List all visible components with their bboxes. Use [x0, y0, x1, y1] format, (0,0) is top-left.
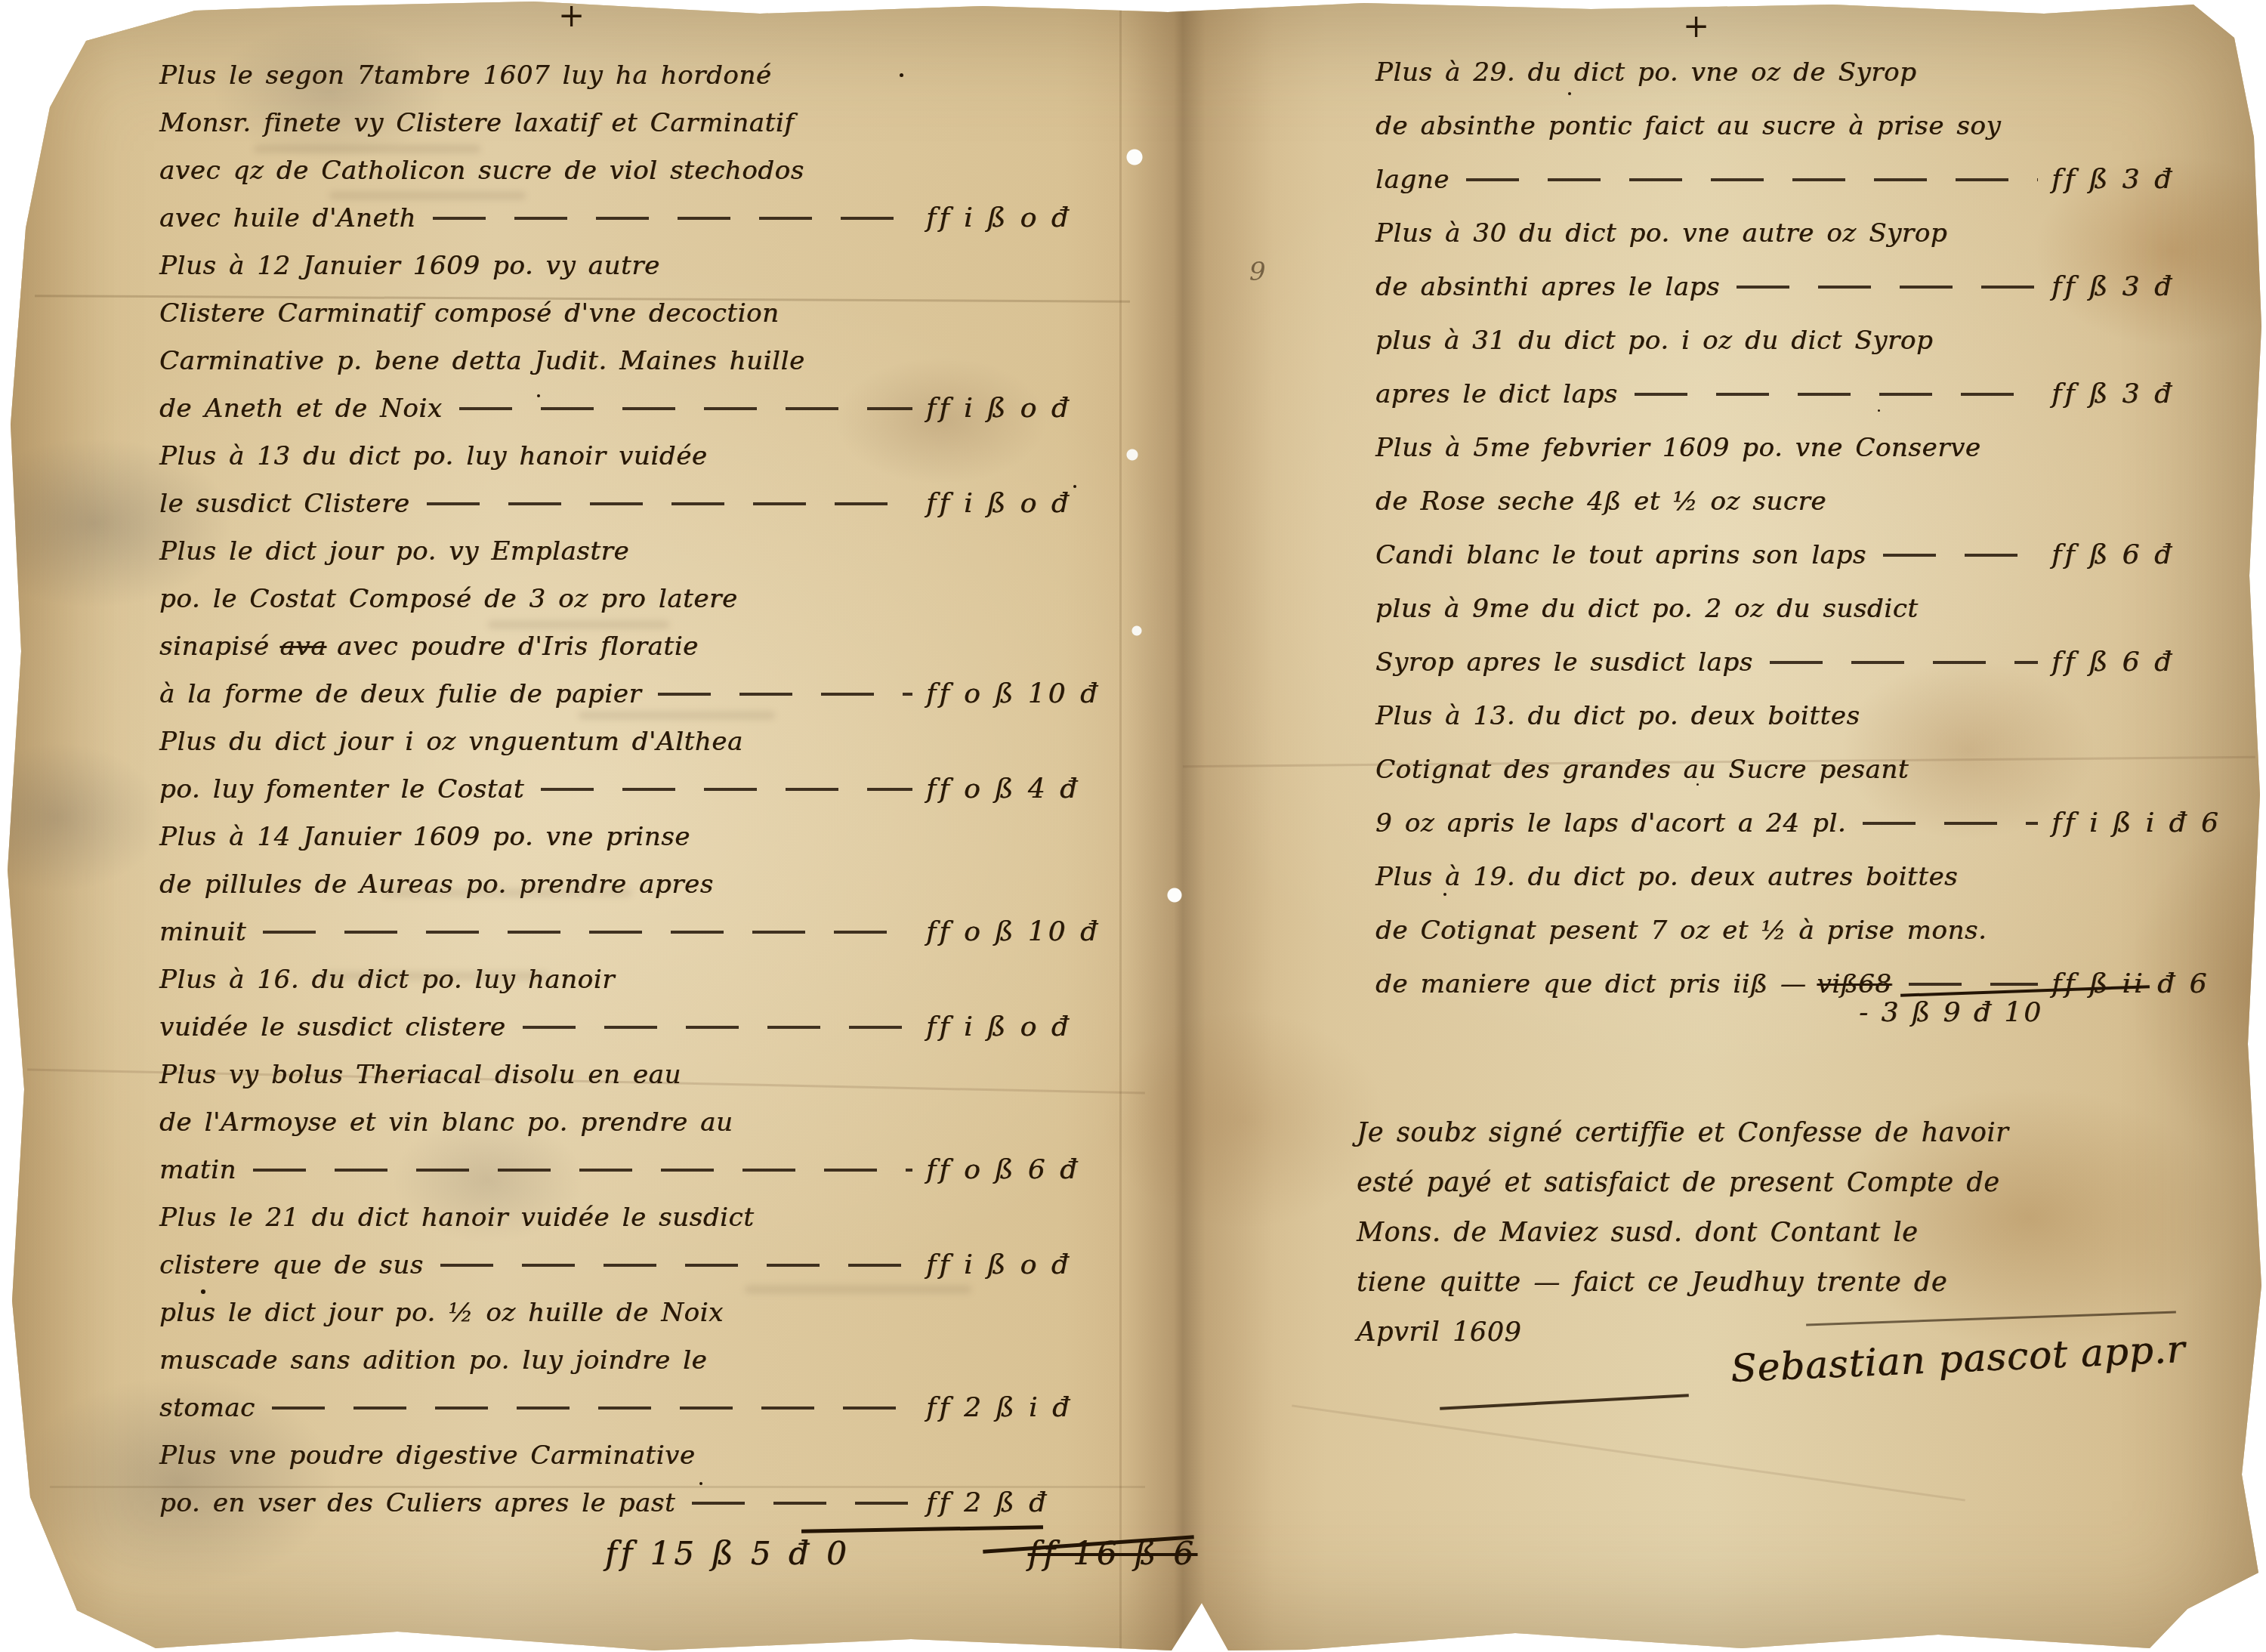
entry-text: vuidée le susdict clistere	[159, 1012, 506, 1042]
entry-line: Plus à 30 du dict po. vne autre oz Syrop	[1375, 206, 2244, 260]
entry-text: Plus à 19. du dict po. deux autres boitt…	[1375, 862, 1958, 892]
entry-text: de pillules de Aureas po. prendre apres	[159, 869, 714, 900]
dash-leader	[459, 407, 912, 410]
entry-text: Plus le 21 du dict hanoir vuidée le susd…	[159, 1203, 754, 1233]
entry-text: Plus du dict jour i oz vnguentum d'Althe…	[159, 727, 743, 757]
entry-text: Plus le dict jour po. vy Emplastre	[159, 536, 629, 567]
entry-line: Candi blanc le tout aprins son lapsff ß …	[1375, 528, 2244, 582]
entry-text: plus à 31 du dict po. i oz du dict Syrop	[1375, 326, 1933, 356]
entry-text: Syrop apres le susdict laps	[1375, 647, 1753, 678]
entry-amount: ff o ß 10 đ	[926, 916, 1153, 947]
entry-amount: ff i ß o đ	[926, 1011, 1153, 1042]
entry-text: po. en vser des Culiers apres le past	[159, 1488, 675, 1518]
entry-line: 9 oz apris le laps d'acort a 24 pl.ff i …	[1375, 796, 2244, 850]
entry-text: Candi blanc le tout aprins son laps	[1375, 540, 1866, 570]
entry-text-struck: ava	[280, 631, 327, 662]
entry-line: po. le Costat Composé de 3 oz pro latere	[159, 575, 1153, 622]
entry-text: de Rose seche 4ß et ½ oz sucre	[1375, 486, 1826, 517]
ink-speck	[1696, 783, 1699, 786]
entry-line: de absinthe pontic faict au sucre à pris…	[1375, 99, 2244, 153]
entry-line: vuidée le susdict clistereff i ß o đ	[159, 1003, 1153, 1051]
entry-line: Plus à 12 Januier 1609 po. vy autre	[159, 242, 1153, 289]
dash-leader	[1466, 178, 2038, 181]
entry-line: Plus vy bolus Theriacal disolu en eau	[159, 1051, 1153, 1098]
entry-line: lagneff ß 3 đ	[1375, 153, 2244, 206]
entry-amount: ff ß 3 đ	[2051, 164, 2244, 195]
entry-line: Plus le dict jour po. vy Emplastre	[159, 527, 1153, 575]
entry-text: muscade sans adition po. luy joindre le	[159, 1345, 707, 1376]
certification-line: Mons. de Maviez susd. dont Contant le	[1357, 1218, 2082, 1268]
ink-speck	[1568, 92, 1571, 95]
entry-line: plus à 9me du dict po. 2 oz du susdict	[1375, 582, 2244, 635]
dash-leader	[1770, 661, 2038, 664]
entry-line: de Aneth et de Noixff i ß o đ	[159, 384, 1153, 432]
entry-line: apres le dict lapsff ß 3 đ	[1375, 367, 2244, 421]
entry-line: Plus le segon 7tambre 1607 luy ha hordon…	[159, 51, 1153, 99]
entry-line: Plus du dict jour i oz vnguentum d'Althe…	[159, 718, 1153, 765]
dash-leader	[253, 1169, 912, 1172]
entry-text: Plus vy bolus Theriacal disolu en eau	[159, 1060, 681, 1090]
gutter-quire-mark: 9	[1249, 257, 1266, 287]
entry-text: de absinthe pontic faict au sucre à pris…	[1375, 111, 2001, 141]
entry-line: Plus à 5me febvrier 1609 po. vne Conserv…	[1375, 421, 2244, 474]
dash-leader	[692, 1502, 912, 1505]
entry-text: Plus à 12 Januier 1609 po. vy autre	[159, 251, 660, 281]
entry-line: stomacff 2 ß i đ	[159, 1384, 1153, 1431]
entry-line: Plus à 14 Januier 1609 po. vne prinse	[159, 813, 1153, 860]
entry-text: plus le dict jour po. ½ oz huille de Noi…	[159, 1298, 724, 1328]
fold-crease-diagonal-right-bottom	[1292, 1404, 1965, 1501]
entry-line: de maniere que dict pris iiß —viß68ff ß …	[1375, 957, 2244, 1011]
entry-line: po. en vser des Culiers apres le pastff …	[159, 1479, 1153, 1527]
entry-text: de l'Armoyse et vin blanc po. prendre au	[159, 1107, 733, 1138]
entry-text: à la forme de deux fulie de papier	[159, 679, 641, 709]
entry-line: de absinthi apres le lapsff ß 3 đ	[1375, 260, 2244, 313]
entry-line: avec huile d'Anethff i ß o đ	[159, 194, 1153, 242]
certification-line: esté payé et satisfaict de present Compt…	[1357, 1168, 2082, 1218]
right-page-entries: Plus à 29. du dict po. vne oz de Syropde…	[1375, 45, 2244, 1011]
entry-line: Plus à 29. du dict po. vne oz de Syrop	[1375, 45, 2244, 99]
entry-text: 9 oz apris le laps d'acort a 24 pl.	[1375, 808, 1846, 838]
certification-line: tiene quitte — faict ce Jeudhuy trente d…	[1357, 1268, 2082, 1317]
entry-text: de absinthi apres le laps	[1375, 272, 1720, 302]
entry-line: avec qz de Catholicon sucre de viol stec…	[159, 147, 1153, 194]
entry-text: le susdict Clistere	[159, 489, 410, 519]
entry-text: clistere que de sus	[159, 1250, 424, 1280]
entry-text: po. le Costat Composé de 3 oz pro latere	[159, 584, 738, 614]
entry-text: sinapisé	[159, 631, 270, 662]
left-page-entries: Plus le segon 7tambre 1607 luy ha hordon…	[159, 51, 1153, 1527]
entry-text: avec poudre d'Iris floratie	[337, 631, 699, 662]
dash-leader	[1883, 554, 2038, 557]
ink-speck	[1878, 409, 1880, 412]
entry-text: Plus à 13 du dict po. luy hanoir vuidée	[159, 441, 708, 471]
entry-text: avec huile d'Aneth	[159, 203, 416, 233]
certification-line: Je soubz signé certiffie et Confesse de …	[1357, 1118, 2082, 1168]
entry-text-struck: viß68	[1817, 969, 1891, 999]
dash-leader	[1863, 822, 2038, 825]
entry-text: lagne	[1375, 165, 1449, 195]
entry-line: de pillules de Aureas po. prendre apres	[159, 860, 1153, 908]
entry-amount: ff i ß o đ	[926, 393, 1153, 424]
entry-line: Syrop apres le susdict lapsff ß 6 đ	[1375, 635, 2244, 689]
entry-amount: ff o ß 10 đ	[926, 678, 1153, 709]
entry-text: apres le dict laps	[1375, 379, 1618, 409]
entry-text: Plus vne poudre digestive Carminative	[159, 1440, 696, 1471]
certification-block: Je soubz signé certiffie et Confesse de …	[1357, 1118, 2082, 1367]
entry-text: Plus à 13. du dict po. deux boittes	[1375, 701, 1860, 731]
entry-line: de l'Armoyse et vin blanc po. prendre au	[159, 1098, 1153, 1146]
entry-text: stomac	[159, 1393, 255, 1423]
entry-text: plus à 9me du dict po. 2 oz du susdict	[1375, 594, 1919, 624]
entry-text: Plus à 5me febvrier 1609 po. vne Conserv…	[1375, 433, 1981, 463]
dash-leader	[272, 1407, 912, 1410]
entry-text: Clistere Carminatif composé d'vne decoct…	[159, 298, 780, 329]
entry-line: le susdict Clistereff i ß o đ	[159, 480, 1153, 527]
paper-sheet: + + 9 Plus le segon 7tambre 1607 luy ha …	[5, 2, 2261, 1650]
entry-text: minuit	[159, 917, 246, 947]
dash-leader	[541, 788, 912, 791]
entry-line: Plus à 13 du dict po. luy hanoir vuidée	[159, 432, 1153, 480]
entry-line: Plus à 19. du dict po. deux autres boitt…	[1375, 850, 2244, 903]
cross-mark-left-page: +	[558, 0, 585, 34]
entry-line: clistere que de susff i ß o đ	[159, 1241, 1153, 1289]
entry-amount: ff ß 6 đ	[2051, 647, 2244, 678]
entry-text: Cotignat des grandes au Sucre pesant	[1375, 755, 1909, 785]
entry-text: po. luy fomenter le Costat	[159, 774, 524, 804]
entry-text: Plus à 16. du dict po. luy hanoir	[159, 965, 615, 995]
ink-speck	[537, 394, 540, 397]
entry-line: de Cotignat pesent 7 oz et ½ à prise mon…	[1375, 903, 2244, 957]
ink-speck	[900, 73, 903, 77]
entry-line: plus à 31 du dict po. i oz du dict Syrop	[1375, 313, 2244, 367]
manuscript-photo: + + 9 Plus le segon 7tambre 1607 luy ha …	[0, 0, 2266, 1652]
entry-line: Cotignat des grandes au Sucre pesant	[1375, 743, 2244, 796]
dash-leader	[440, 1264, 912, 1267]
entry-line: muscade sans adition po. luy joindre le	[159, 1336, 1153, 1384]
entry-line: matinff o ß 6 đ	[159, 1146, 1153, 1193]
entry-line: sinapiséavaavec poudre d'Iris floratie	[159, 622, 1153, 670]
entry-line: Plus vne poudre digestive Carminative	[159, 1431, 1153, 1479]
entry-text: Monsr. finete vy Clistere laxatif et Car…	[159, 108, 794, 138]
entry-text: de Cotignat pesent 7 oz et ½ à prise mon…	[1375, 916, 1987, 946]
entry-amount: ff i ß i đ 6	[2051, 807, 2244, 838]
ink-speck	[699, 1482, 702, 1485]
entry-text: de Aneth et de Noix	[159, 394, 443, 424]
entry-line: Clistere Carminatif composé d'vne decoct…	[159, 289, 1153, 337]
entry-text: avec qz de Catholicon sucre de viol stec…	[159, 156, 804, 186]
dash-leader	[523, 1026, 912, 1029]
dash-leader	[658, 693, 912, 696]
cross-mark-right-page: +	[1683, 8, 1709, 45]
ink-speck	[1073, 485, 1076, 488]
entry-amount: ff ß 3 đ	[2051, 378, 2244, 409]
date-underline	[1440, 1394, 1689, 1410]
entry-line: à la forme de deux fulie de papierff o ß…	[159, 670, 1153, 718]
entry-text: Plus à 14 Januier 1609 po. vne prinse	[159, 822, 690, 852]
entry-text: de maniere que dict pris iiß —	[1375, 969, 1806, 999]
ink-speck	[1443, 893, 1446, 896]
dash-leader	[433, 217, 912, 220]
entry-text: Plus le segon 7tambre 1607 luy ha hordon…	[159, 60, 772, 91]
dash-leader	[1737, 286, 2038, 289]
ink-speck	[201, 1289, 205, 1294]
dash-leader	[427, 502, 912, 505]
entry-amount: ff ß ii đ 6	[2051, 968, 2244, 999]
entry-line: Plus le 21 du dict hanoir vuidée le susd…	[159, 1193, 1153, 1241]
entry-line: po. luy fomenter le Costatff o ß 4 đ	[159, 765, 1153, 813]
entry-line: minuitff o ß 10 đ	[159, 908, 1153, 956]
entry-line: plus le dict jour po. ½ oz huille de Noi…	[159, 1289, 1153, 1336]
entry-text: Carminative p. bene detta Judit. Maines …	[159, 346, 805, 376]
entry-amount: ff o ß 6 đ	[926, 1154, 1153, 1185]
entry-amount: ff 2 ß đ	[926, 1487, 1153, 1518]
dash-leader	[1635, 393, 2038, 396]
entry-amount: ff i ß o đ	[926, 488, 1153, 519]
entry-text: matin	[159, 1155, 236, 1185]
entry-line: Carminative p. bene detta Judit. Maines …	[159, 337, 1153, 384]
entry-amount: ff i ß o đ	[926, 1249, 1153, 1280]
entry-amount: ff ß 3 đ	[2051, 271, 2244, 302]
entry-text: Plus à 30 du dict po. vne autre oz Syrop	[1375, 218, 1947, 249]
entry-line: de Rose seche 4ß et ½ oz sucre	[1375, 474, 2244, 528]
entry-line: Plus à 16. du dict po. luy hanoir	[159, 956, 1153, 1003]
entry-amount: ff 2 ß i đ	[926, 1392, 1153, 1423]
entry-amount: ff ß 6 đ	[2051, 539, 2244, 570]
entry-line: Plus à 13. du dict po. deux boittes	[1375, 689, 2244, 743]
dash-leader	[263, 931, 912, 934]
entry-line: Monsr. finete vy Clistere laxatif et Car…	[159, 99, 1153, 147]
entry-text: Plus à 29. du dict po. vne oz de Syrop	[1375, 57, 1916, 88]
dash-leader	[1909, 983, 2039, 986]
entry-amount: ff i ß o đ	[926, 202, 1153, 233]
entry-amount: ff o ß 4 đ	[926, 774, 1153, 804]
price-correction: - 3 ß 9 đ 10	[1859, 997, 2043, 1028]
total-amount: ff 15 ß 5 đ 0	[605, 1535, 851, 1572]
